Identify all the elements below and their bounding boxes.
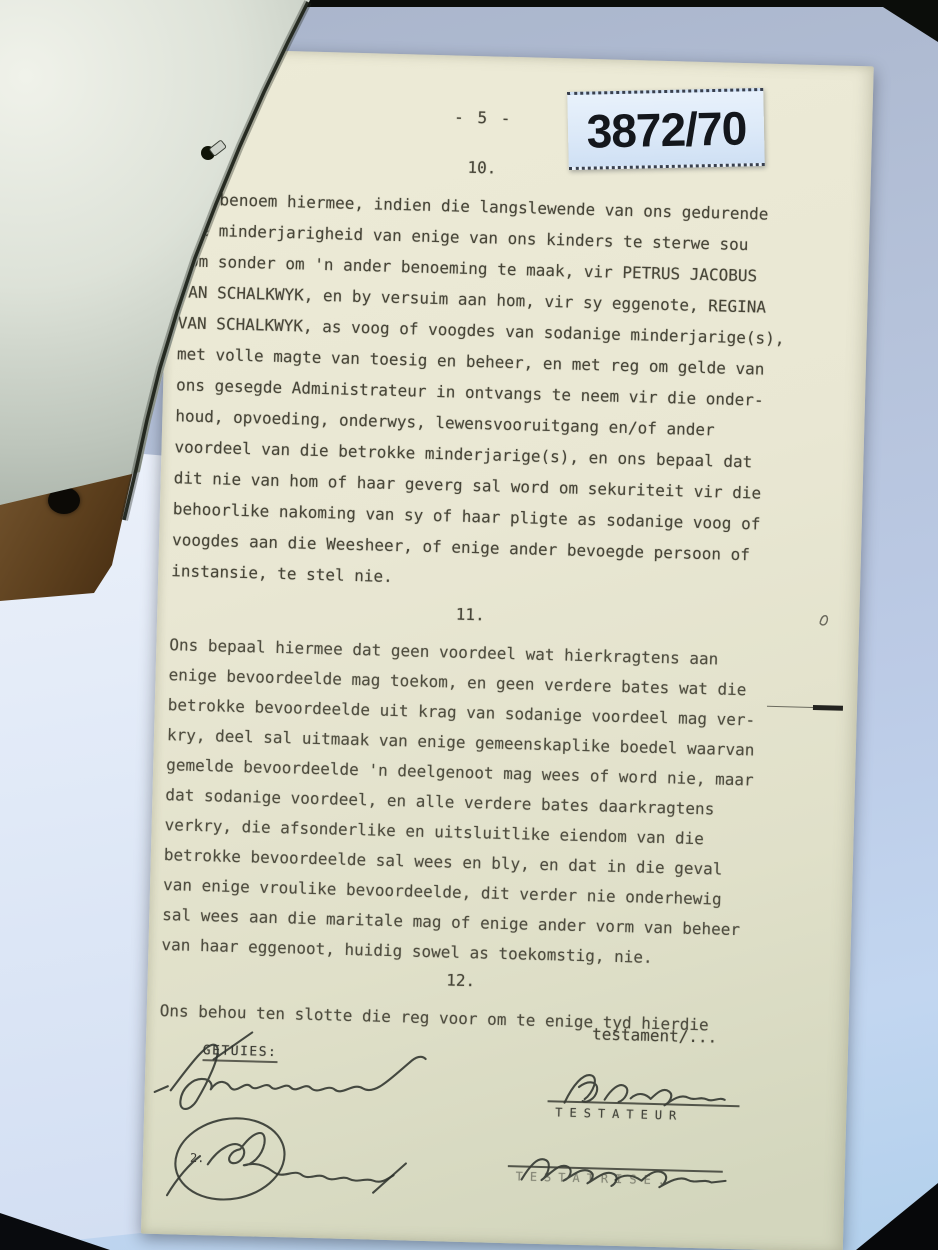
photo-scene: - 5 - 10.Ons benoem hiermee, indien die …	[0, 0, 938, 1250]
staple-mark	[813, 705, 843, 711]
section-11: 11.Ons bepaal hiermee dat geen voordeel …	[161, 597, 770, 976]
section-number: 11.	[170, 597, 770, 633]
photo-dark-corner-bottom-right	[850, 1175, 938, 1250]
witness-signature-2	[137, 1107, 439, 1211]
page-fold-shadow	[0, 0, 360, 560]
witness-2-number: 2.	[190, 1151, 205, 1165]
testator-label: TESTATEUR	[555, 1105, 683, 1122]
archive-number: 3872/70	[586, 99, 747, 158]
archive-number-sticker: 3872/70	[567, 88, 765, 170]
pen-mark	[818, 610, 833, 630]
